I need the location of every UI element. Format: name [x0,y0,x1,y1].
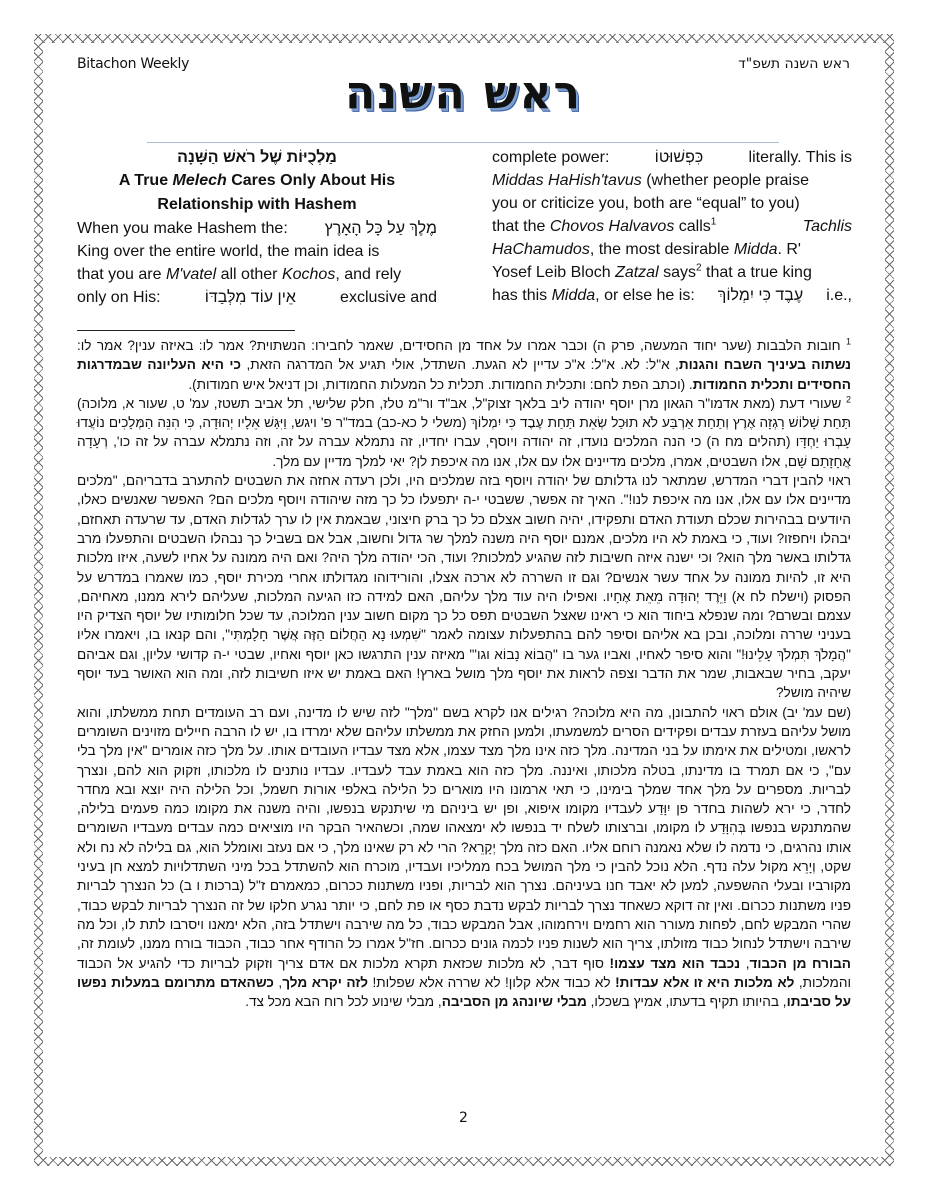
page-number: 2 [0,1110,927,1126]
body-line: you or criticize you, both are “equal” t… [492,192,852,215]
body-line: that the Chovos Halvavos calls1Tachlis [492,215,852,238]
body-line: only on His:אֵין עוֹד מִלְּבַדּוֹexclusi… [77,286,437,309]
english-heading: A True Melech Cares Only About His Relat… [77,169,437,217]
body-line: Middas HaHish'tavus (whether people prai… [492,169,852,192]
article-column-right: complete power:כִּפְשׁוּטוֹliterally. Th… [492,146,852,307]
body-line: complete power:כִּפְשׁוּטוֹliterally. Th… [492,146,852,169]
footnote-separator [77,330,295,331]
article-column-left: מַלְכֻיּוֹת שֶׁל רֹאשׁ הַשָּׁנָה A True … [77,146,437,309]
body-line: has this Midda, or else he is:עֶבֶד כִּי… [492,284,852,307]
body-line: HaChamudos, the most desirable Midda. R' [492,238,852,261]
body-line: Yosef Leib Bloch Zatzal says2 that a tru… [492,261,852,284]
footnote-paragraph: ראוי להבין דברי המדרש, שמתאר לנו גדלותם … [77,471,851,703]
footnote-2: 2 שעורי דעת (מאת אדמו"ר הגאון מרן יוסף י… [77,394,851,471]
body-line: that you are M'vatel all other Kochos, a… [77,263,437,286]
body-line: King over the entire world, the main ide… [77,240,437,263]
body-line: When you make Hashem the:מֶלֶךְ עַל כָּל… [77,217,437,240]
footnote-paragraph: (שם עמ' יב) אולם ראוי להתבונן, מה היא מל… [77,703,851,1012]
footnote-1: 1 חובות הלבבות (שער יחוד המעשה, פרק ה) ו… [77,336,851,394]
footnote-ref-1[interactable]: 1 [711,217,717,228]
footnotes-section: 1 חובות הלבבות (שער יחוד המעשה, פרק ה) ו… [77,336,851,1011]
page-title: ראש השנה [0,67,927,121]
header-divider [147,142,779,143]
hebrew-heading: מַלְכֻיּוֹת שֶׁל רֹאשׁ הַשָּׁנָה [77,146,437,169]
